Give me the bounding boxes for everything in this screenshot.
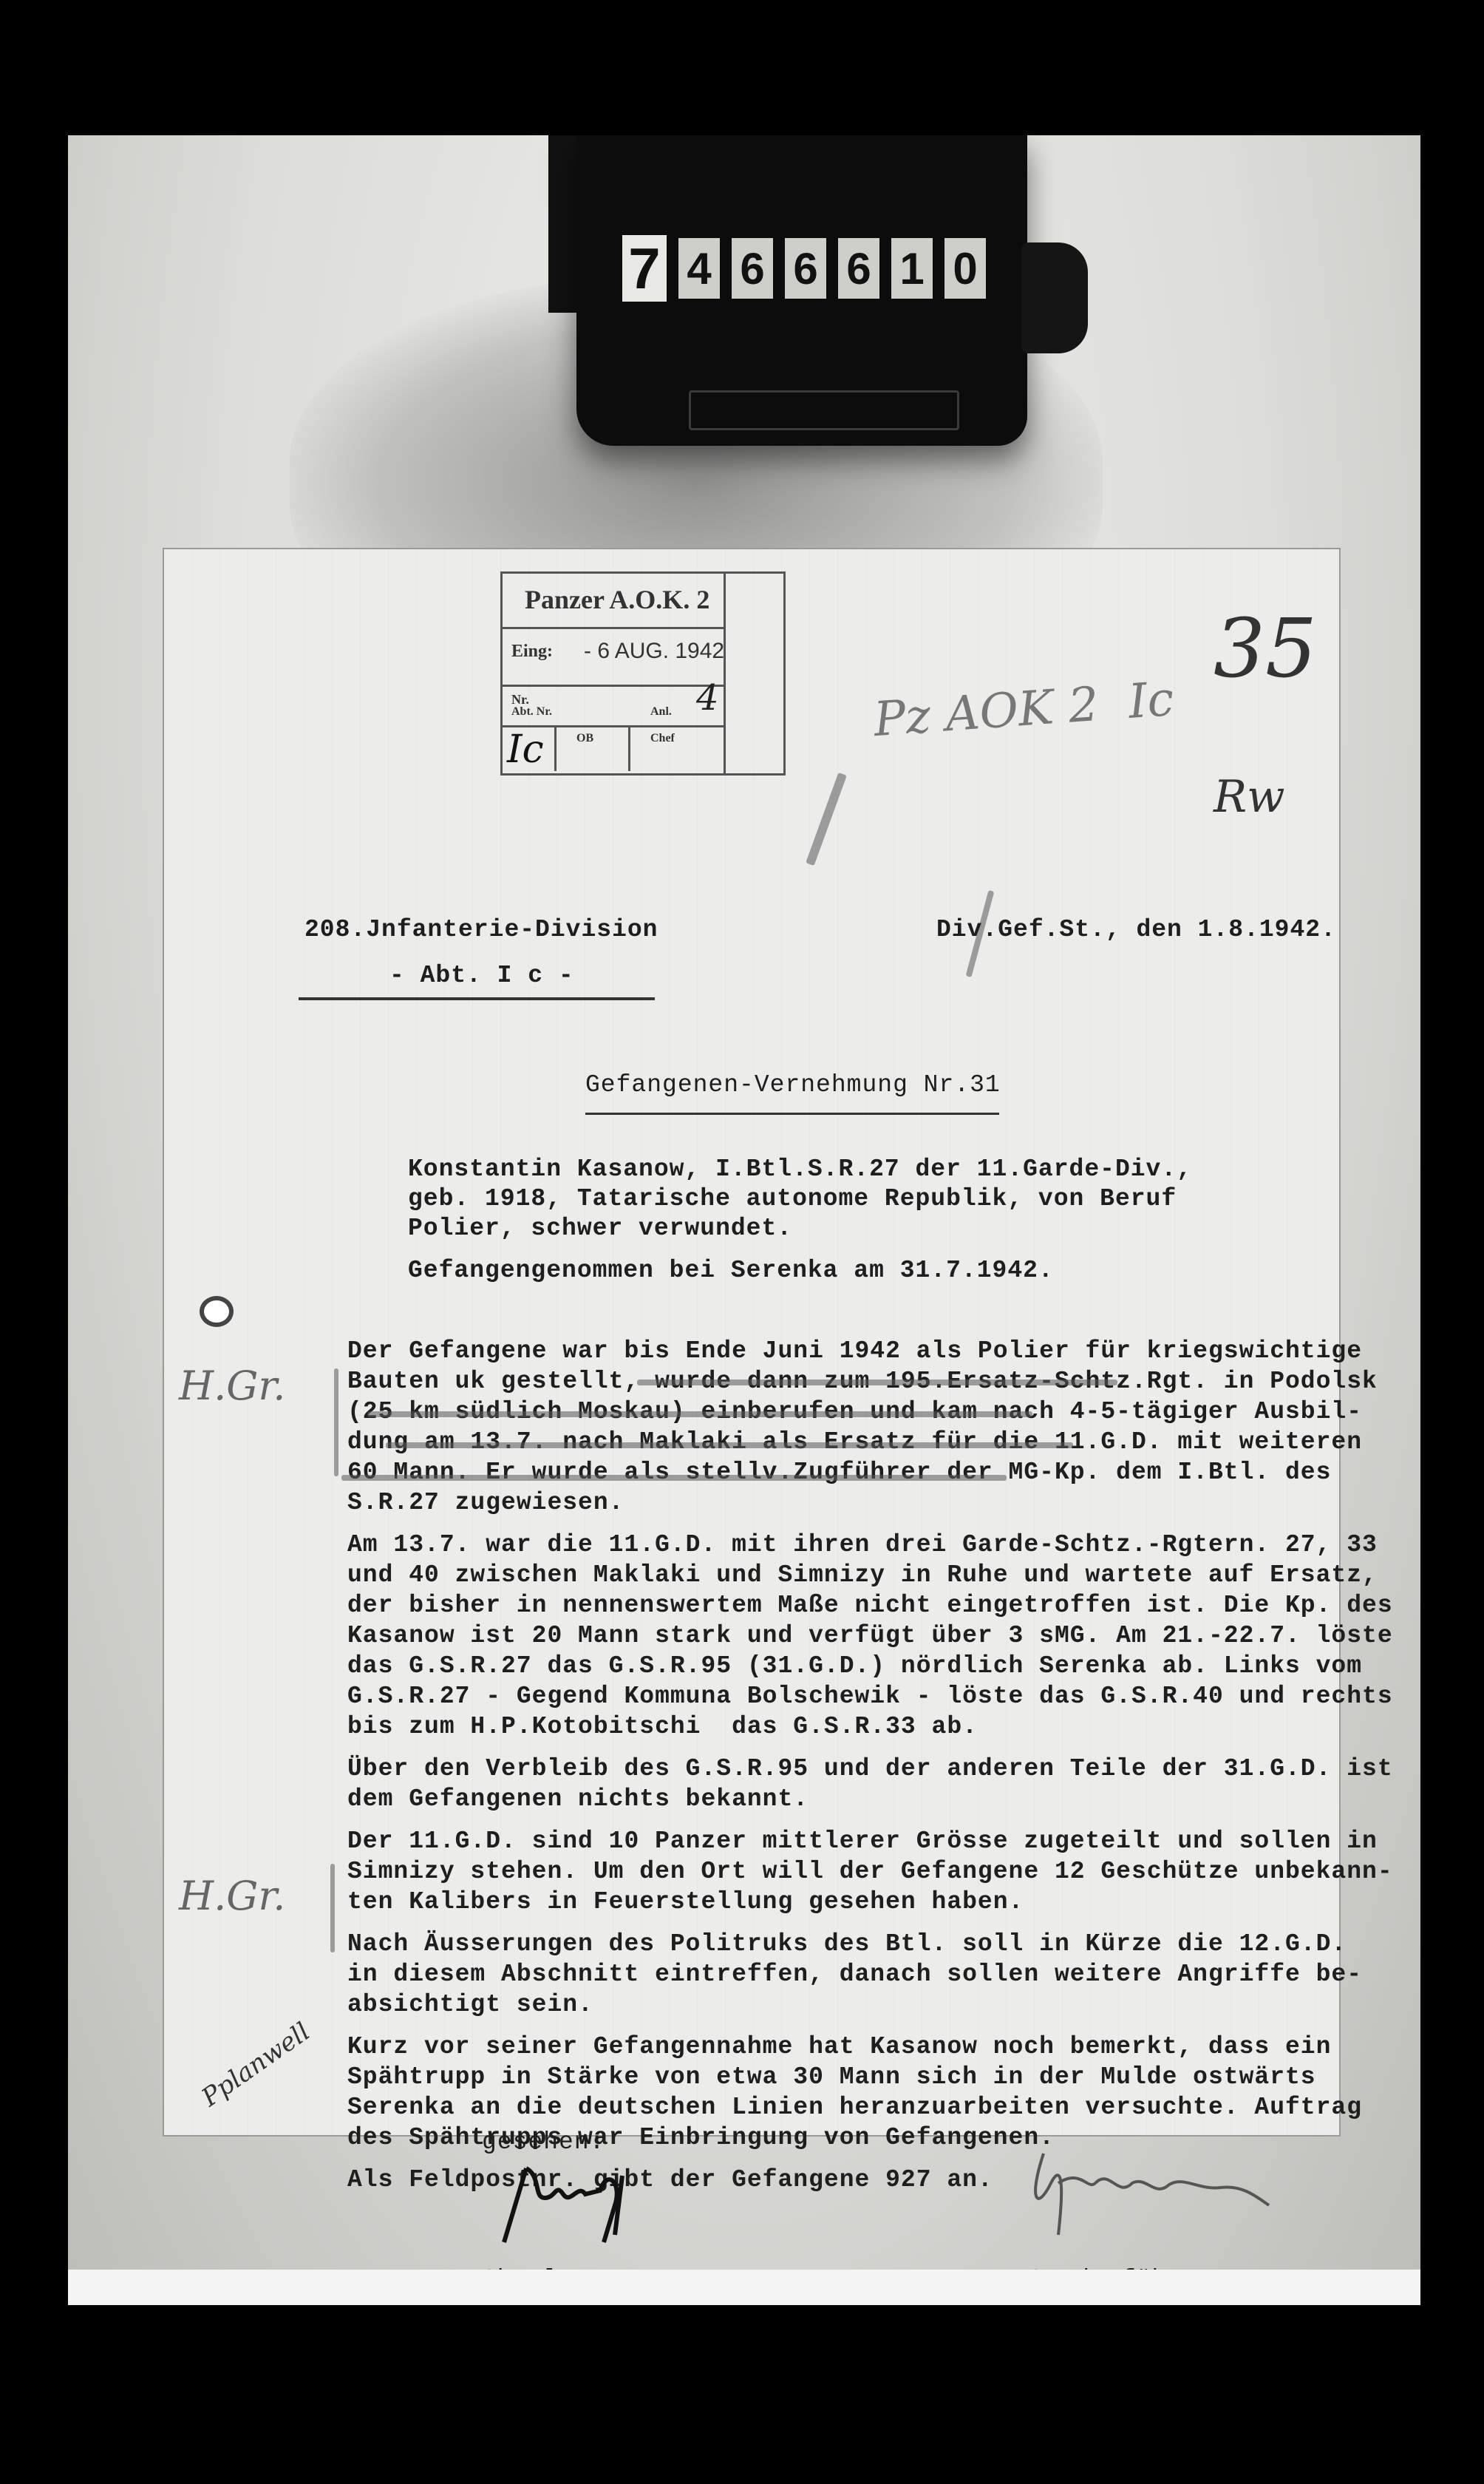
body-paragraph: Der Gefangene war bis Ende Juni 1942 als… <box>347 1339 1330 1515</box>
received-stamp: Panzer A.O.K. 2 Eing: - 6 AUG. 1942 Nr. … <box>500 571 786 776</box>
body-line: der bisher in nennenswertem Maße nicht e… <box>347 1593 1330 1618</box>
seen-label: gesehen: <box>482 2130 605 2154</box>
document-title: Gefangenen-Vernehmung Nr.31 <box>585 1073 1001 1097</box>
punch-hole <box>200 1296 234 1327</box>
stamp-cell-chef: Chef <box>650 732 675 745</box>
counter-nameplate <box>689 390 959 430</box>
film-edge <box>68 2270 1420 2305</box>
pencil-stroke <box>806 773 847 866</box>
header-rule <box>299 997 655 1000</box>
body-line: Kasanow ist 20 Mann stark und verfügt üb… <box>347 1623 1330 1648</box>
margin-bracket <box>330 1864 335 1952</box>
page-number: 35 <box>1214 601 1317 696</box>
body-line: absichtigt sein. <box>347 1992 1330 2017</box>
frame-digit: 1 <box>887 238 933 299</box>
place-date: Div.Gef.St., den 1.8.1942. <box>936 917 1336 942</box>
stamp-received-date: - 6 AUG. 1942 <box>584 639 724 664</box>
prisoner-line: Polier, schwer verwundet. <box>408 1216 1192 1241</box>
counter-arm <box>548 135 579 313</box>
initials-right: Rw <box>1214 771 1285 823</box>
frame-number: 7 4 6 6 6 1 0 <box>622 235 986 302</box>
body-line: G.S.R.27 - Gegend Kommuna Bolschewik - l… <box>347 1684 1330 1708</box>
body-line: 60 Mann. Er wurde als stellv.Zugführer d… <box>347 1460 1330 1484</box>
margin-bracket <box>334 1368 338 1476</box>
body-line: Kurz vor seiner Gefangennahme hat Kasano… <box>347 2035 1330 2059</box>
prisoner-info: Konstantin Kasanow, I.Btl.S.R.27 der 11.… <box>408 1157 1192 1283</box>
body-line: S.R.27 zugewiesen. <box>347 1490 1330 1515</box>
frame-number-prefix: 7 <box>622 235 667 302</box>
body-line: Spähtrupp in Stärke von etwa 30 Mann sic… <box>347 2065 1330 2089</box>
margin-note: H.Gr. <box>179 1363 285 1409</box>
capture-info: Gefangengenommen bei Serenka am 31.7.194… <box>408 1258 1192 1283</box>
frame-digit: 0 <box>940 238 986 299</box>
prisoner-line: geb. 1918, Tatarische autonome Republik,… <box>408 1187 1192 1211</box>
counter-knob <box>1021 242 1088 353</box>
body-line: Der Gefangene war bis Ende Juni 1942 als… <box>347 1339 1330 1363</box>
body-paragraph: Der 11.G.D. sind 10 Panzer mittlerer Grö… <box>347 1829 1330 1914</box>
signature-oberleutnant <box>474 2154 681 2257</box>
body-line: Über den Verbleib des G.S.R.95 und der a… <box>347 1757 1330 1781</box>
stamp-cell-ic: Ic <box>507 727 544 772</box>
microfilm-frame: 7 4 6 6 6 1 0 Panzer A.O.K. 2 Eing: - 6 … <box>68 135 1420 2305</box>
section-name: - Abt. I c - <box>389 963 574 988</box>
stamp-received-label: Eing: <box>511 642 553 662</box>
body-line: dem Gefangenen nichts bekannt. <box>347 1787 1330 1811</box>
frame-digit: 6 <box>834 238 879 299</box>
frame-digit: 6 <box>727 238 773 299</box>
document-page: Panzer A.O.K. 2 Eing: - 6 AUG. 1942 Nr. … <box>164 549 1339 2135</box>
stamp-dept-label: Abt. Nr. <box>511 705 552 719</box>
prisoner-line: Konstantin Kasanow, I.Btl.S.R.27 der 11.… <box>408 1157 1192 1181</box>
body-line: Simnizy stehen. Um den Ort will der Gefa… <box>347 1859 1330 1884</box>
body-line: und 40 zwischen Maklaki und Simnizy in R… <box>347 1563 1330 1587</box>
title-rule <box>585 1113 999 1115</box>
unit-name: 208.Jnfanterie-Division <box>304 917 658 942</box>
frame-digit: 4 <box>674 238 720 299</box>
body-line: Der 11.G.D. sind 10 Panzer mittlerer Grö… <box>347 1829 1330 1853</box>
stamp-attachment-label: Anl. <box>650 705 672 719</box>
stamp-cell-ob: OB <box>576 732 593 745</box>
signature-sonderfuehrer <box>1014 2139 1280 2250</box>
body-line: bis zum H.P.Kotobitschi das G.S.R.33 ab. <box>347 1714 1330 1739</box>
stamp-handwritten-number: 4 <box>696 677 719 719</box>
body-line: Am 13.7. war die 11.G.D. mit ihren drei … <box>347 1533 1330 1557</box>
routing-note: Pz AOK 2 Ic <box>872 672 1176 747</box>
stamp-office: Panzer A.O.K. 2 <box>525 584 709 615</box>
interrogation-body: Der Gefangene war bis Ende Juni 1942 als… <box>347 1339 1330 2210</box>
body-line: Serenka an die deutschen Linien heranzua… <box>347 2095 1330 2120</box>
margin-note: Pplanwell <box>197 2017 316 2113</box>
frame-digit: 6 <box>780 238 826 299</box>
body-line: ten Kalibers in Feuerstellung gesehen ha… <box>347 1890 1330 1914</box>
body-paragraph: Nach Äusserungen des Politruks des Btl. … <box>347 1932 1330 2017</box>
body-line: in diesem Abschnitt eintreffen, danach s… <box>347 1962 1330 1986</box>
frame-counter-device: 7 4 6 6 6 1 0 <box>534 135 1095 461</box>
body-line: das G.S.R.27 das G.S.R.95 (31.G.D.) nörd… <box>347 1654 1330 1678</box>
body-line: Nach Äusserungen des Politruks des Btl. … <box>347 1932 1330 1956</box>
body-paragraph: Am 13.7. war die 11.G.D. mit ihren drei … <box>347 1533 1330 1739</box>
body-paragraph: Über den Verbleib des G.S.R.95 und der a… <box>347 1757 1330 1811</box>
margin-note: H.Gr. <box>179 1873 285 1919</box>
